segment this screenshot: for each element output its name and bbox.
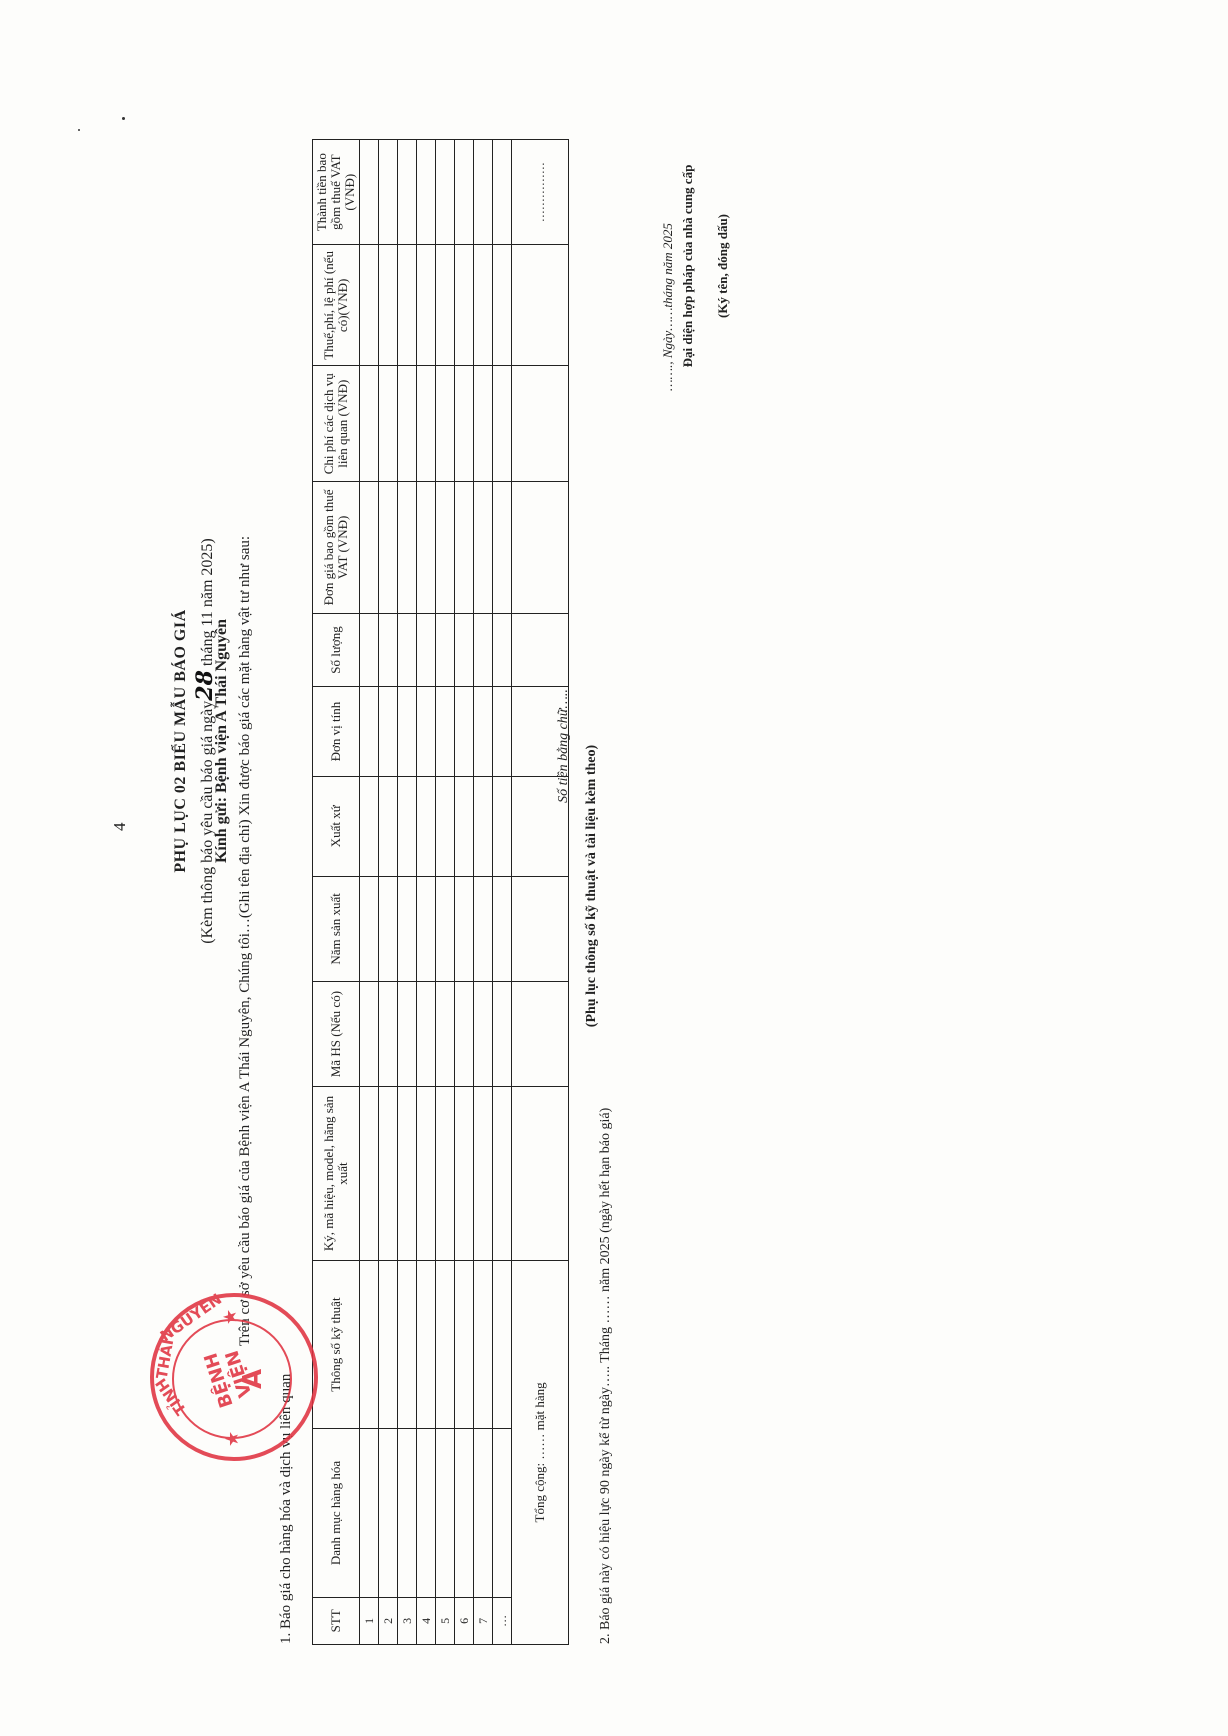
empty-cell [493, 687, 512, 776]
empty-cell [455, 981, 474, 1086]
stt-cell: 6 [455, 1597, 474, 1644]
column-header: Thuế,phí, lệ phí (nếu có)(VNĐ) [313, 245, 360, 366]
stt-cell: 2 [379, 1597, 398, 1644]
column-header: Ký, mã hiệu, model, hãng sản xuất [313, 1087, 360, 1261]
empty-cell [455, 613, 474, 687]
table-row: 4 [417, 140, 436, 1645]
empty-cell [455, 1260, 474, 1428]
empty-cell [493, 1260, 512, 1428]
empty-cell [360, 1260, 379, 1428]
empty-cell [398, 613, 417, 687]
empty-cell [417, 1260, 436, 1428]
table-row: 6 [455, 140, 474, 1645]
table-row: 3 [398, 140, 417, 1645]
empty-cell [436, 876, 455, 981]
empty-cell [360, 876, 379, 981]
table-row: … [493, 140, 512, 1645]
empty-cell [360, 687, 379, 776]
empty-cell [493, 776, 512, 876]
stt-cell: 3 [398, 1597, 417, 1644]
empty-cell [398, 687, 417, 776]
stt-cell: 1 [360, 1597, 379, 1644]
empty-cell [455, 245, 474, 366]
stt-cell: 5 [436, 1597, 455, 1644]
empty-cell [436, 776, 455, 876]
empty-cell [398, 366, 417, 482]
empty-cell [474, 1087, 493, 1261]
table-row: 2 [379, 140, 398, 1645]
empty-cell [360, 245, 379, 366]
empty-cell [417, 876, 436, 981]
empty-cell [379, 981, 398, 1086]
scanned-document-page: 4 PHỤ LỤC 02 BIỂU MẪU BÁO GIÁ (Kèm thông… [0, 0, 1228, 1736]
empty-cell [379, 140, 398, 245]
empty-cell [417, 482, 436, 614]
quotation-table: STTDanh mục hàng hóaThông số kỹ thuậtKý,… [312, 139, 569, 1645]
empty-cell [360, 1429, 379, 1597]
signature-date-line: ……., Ngày……tháng năm 2025 [660, 223, 676, 391]
table-header-row: STTDanh mục hàng hóaThông số kỹ thuậtKý,… [313, 140, 360, 1645]
empty-cell [379, 1087, 398, 1261]
empty-cell [379, 876, 398, 981]
empty-cell [474, 687, 493, 776]
empty-cell [417, 613, 436, 687]
column-header: Đơn giá bao gồm thuế VAT (VNĐ) [313, 482, 360, 614]
empty-cell [379, 613, 398, 687]
empty-cell [455, 1087, 474, 1261]
empty-cell [379, 1260, 398, 1428]
empty-cell [398, 1429, 417, 1597]
empty-cell [455, 687, 474, 776]
empty-cell [398, 1260, 417, 1428]
signature-representative: Đại diện hợp pháp của nhà cung cấp [680, 121, 696, 411]
empty-cell [436, 366, 455, 482]
seal-star-icon: ★ [222, 1431, 243, 1447]
column-header: Năm sản xuất [313, 876, 360, 981]
page-number: 4 [110, 823, 130, 832]
empty-cell [379, 482, 398, 614]
empty-cell [379, 1429, 398, 1597]
empty-cell [474, 245, 493, 366]
empty-cell [436, 245, 455, 366]
empty-cell [398, 1087, 417, 1261]
scan-speck [122, 117, 125, 120]
stt-cell: … [493, 1597, 512, 1644]
seal-center-letter: A [238, 1369, 268, 1389]
column-header: Chi phí các dịch vụ liên quan (VNĐ) [313, 366, 360, 482]
empty-cell [493, 482, 512, 614]
empty-cell [474, 1260, 493, 1428]
column-header: Thông số kỹ thuật [313, 1260, 360, 1428]
stt-cell: 7 [474, 1597, 493, 1644]
empty-cell [360, 776, 379, 876]
hospital-red-seal: TỈNH THÁI NGUYÊN BỆNH VIỆN A ★ ★ [150, 1293, 318, 1461]
empty-cell [436, 1087, 455, 1261]
empty-cell [474, 1429, 493, 1597]
empty-cell [493, 245, 512, 366]
empty-cell [436, 140, 455, 245]
empty-cell [398, 140, 417, 245]
empty-cell [379, 245, 398, 366]
empty-cell [398, 776, 417, 876]
column-header: Số lượng [313, 613, 360, 687]
recipient-label: Kính gửi: [213, 797, 230, 863]
recipient-line: Kính gửi: Bệnh viện A Thái Nguyên [213, 0, 231, 1736]
signature-note: (Ký tên, đóng dấu) [715, 121, 731, 411]
empty-cell [436, 482, 455, 614]
validity-statement: 2. Báo giá này có hiệu lực 90 ngày kể từ… [598, 1108, 614, 1644]
empty-cell [474, 981, 493, 1086]
empty-cell [398, 981, 417, 1086]
empty-cell [493, 1429, 512, 1597]
empty-cell [455, 366, 474, 482]
empty-cell [379, 687, 398, 776]
empty-cell [455, 1429, 474, 1597]
column-header: Thành tiền bao gồm thuế VAT (VNĐ) [313, 140, 360, 245]
document-title: PHỤ LỤC 02 BIỂU MẪU BÁO GIÁ [172, 0, 190, 1736]
empty-cell [474, 776, 493, 876]
table-row: 7 [474, 140, 493, 1645]
empty-cell [360, 613, 379, 687]
empty-cell [493, 366, 512, 482]
empty-cell [398, 245, 417, 366]
empty-cell [436, 687, 455, 776]
empty-cell [474, 482, 493, 614]
empty-cell [436, 1260, 455, 1428]
empty-cell [455, 140, 474, 245]
empty-cell [474, 140, 493, 245]
empty-cell [360, 482, 379, 614]
stt-cell: 4 [417, 1597, 436, 1644]
empty-cell [417, 245, 436, 366]
column-header: Danh mục hàng hóa [313, 1429, 360, 1597]
empty-cell [398, 482, 417, 614]
column-header: Đơn vị tính [313, 687, 360, 776]
column-header: STT [313, 1597, 360, 1644]
table-row: 5 [436, 140, 455, 1645]
empty-cell [417, 687, 436, 776]
empty-cell [398, 876, 417, 981]
empty-cell [417, 1087, 436, 1261]
empty-cell [417, 140, 436, 245]
empty-cell [379, 776, 398, 876]
empty-cell [455, 876, 474, 981]
recipient-name: Bệnh viện A Thái Nguyên [213, 619, 230, 793]
empty-cell [474, 613, 493, 687]
empty-cell [474, 366, 493, 482]
empty-cell [493, 613, 512, 687]
empty-cell [360, 140, 379, 245]
empty-cell [493, 981, 512, 1086]
empty-cell [436, 1429, 455, 1597]
empty-cell [436, 981, 455, 1086]
empty-cell [360, 366, 379, 482]
empty-cell [360, 981, 379, 1086]
empty-cell [417, 776, 436, 876]
empty-cell [360, 1087, 379, 1261]
empty-cell [474, 876, 493, 981]
empty-cell [493, 876, 512, 981]
empty-cell [455, 482, 474, 614]
empty-cell [417, 1429, 436, 1597]
empty-cell [379, 366, 398, 482]
empty-cell [436, 613, 455, 687]
scan-speck [78, 129, 80, 131]
empty-cell [493, 140, 512, 245]
empty-cell [455, 776, 474, 876]
amount-in-words: Số tiền bằng chữ….. [556, 0, 572, 1736]
table-row: 1 [360, 140, 379, 1645]
empty-cell [417, 981, 436, 1086]
seal-star-icon: ★ [220, 1309, 241, 1325]
intro-text: Trên cơ sở yêu cầu báo giá của Bệnh viện… [237, 536, 254, 1346]
column-header: Mã HS (Nếu có) [313, 981, 360, 1086]
column-header: Xuất xứ [313, 776, 360, 876]
empty-cell [493, 1087, 512, 1261]
empty-cell [417, 366, 436, 482]
